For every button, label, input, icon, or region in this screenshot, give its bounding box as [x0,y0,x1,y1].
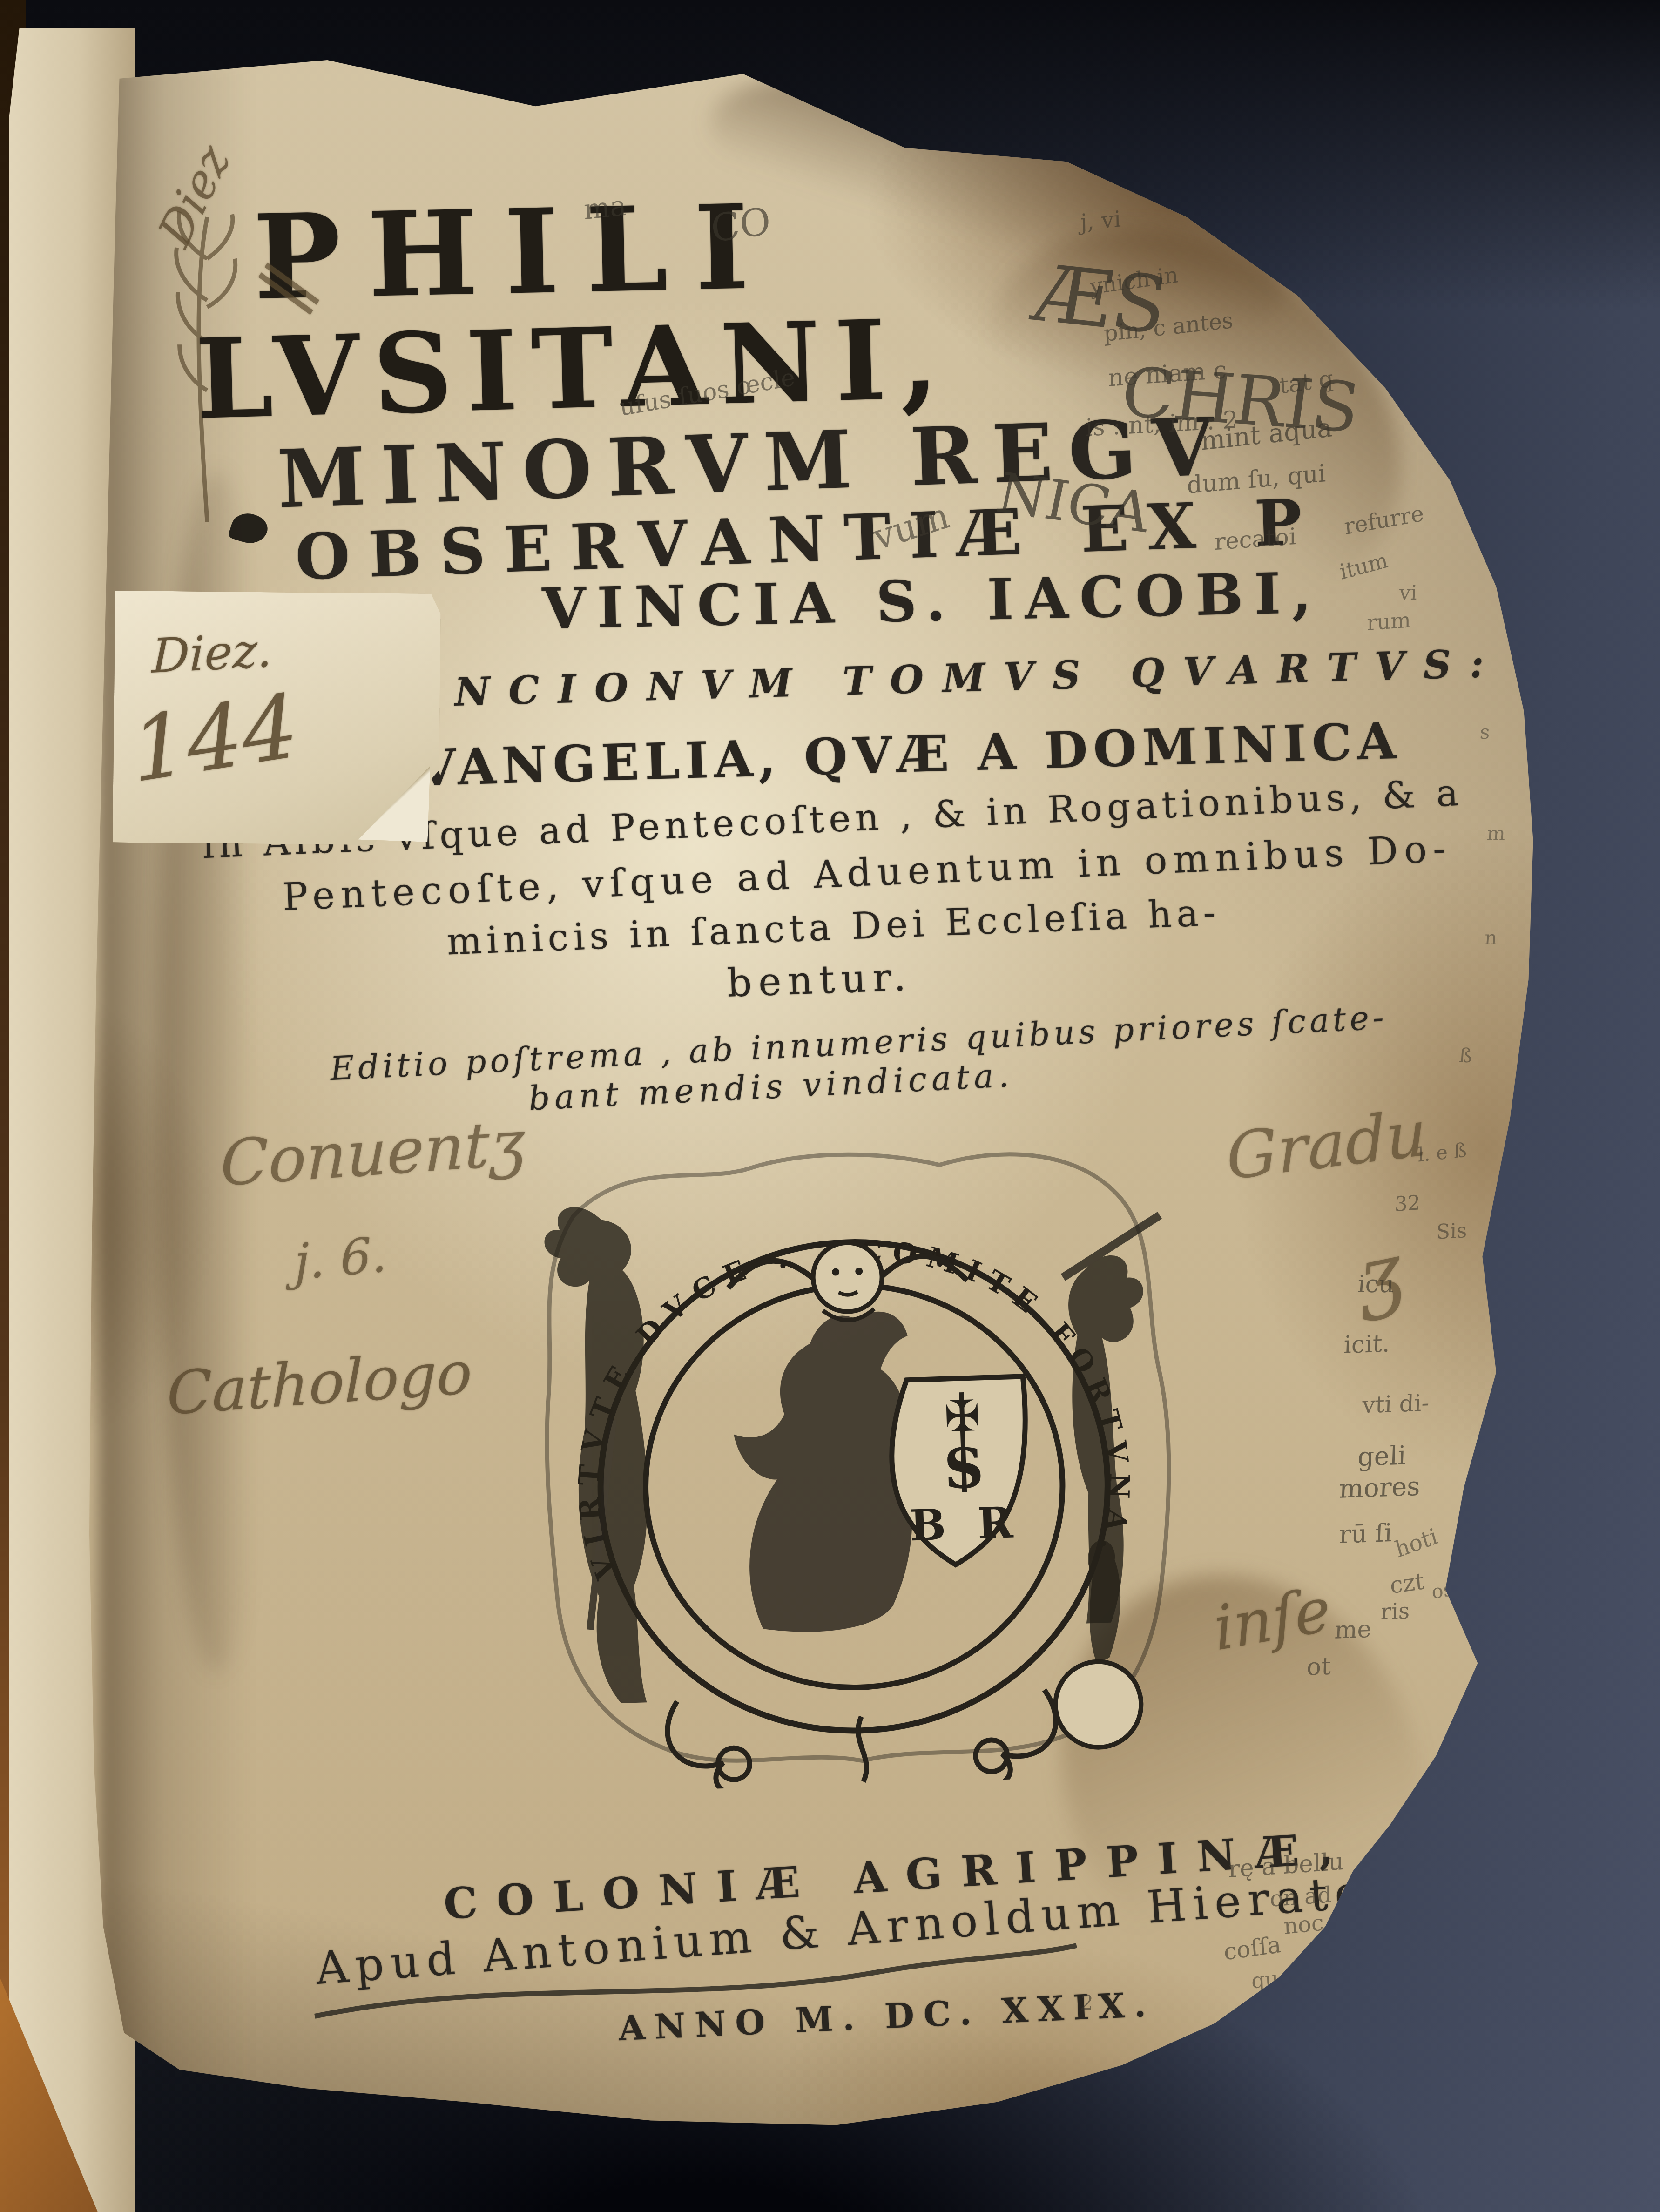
imprint-publisher-superscript: us [1456,1868,1481,1891]
title-page: PHILI LVSITANI, MINORVM REGV OBSERVANTIÆ… [4,9,1651,2205]
page-fragment: recatoi [1215,523,1296,555]
page-fragment: me [1334,1615,1372,1644]
monogram-s: S [943,1436,985,1502]
photo-of-title-page: PHILI LVSITANI, MINORVM REGV OBSERVANTIÆ… [0,0,1660,2212]
page-fragment: m [1486,823,1506,845]
device-cartouche: VIRTVTE DVCE . COMITE FORTVNA. ✠ S B R [538,1145,1179,1794]
page-fragment: geli [1357,1441,1406,1472]
page-fragment: Sis [1436,1219,1467,1244]
series-line: CONCIONVM TOMVS QVARTVS: [352,640,1503,718]
page-fragment: mores [1339,1471,1421,1504]
monogram-cross: ✠ [944,1391,981,1442]
page-fragment: ß [1458,1044,1473,1067]
monogram-br: B R [909,1497,1022,1551]
page-fragment: 32 [1395,1191,1420,1217]
page-fragment: ma [583,189,627,226]
page-fragment: l. e ß [1417,1139,1467,1167]
handwritten-note: Diez. [151,623,273,684]
page-fragment: j, vi [1080,206,1121,236]
page-fragment: vi [1398,581,1418,605]
page-fragment: icu [1356,1270,1395,1298]
printers-device-woodcut: VIRTVTE DVCE . COMITE FORTVNA. ✠ S B R [506,1113,1201,1794]
page-fragment: 2 [1080,1991,1094,2015]
handwritten-note: Gradu [1225,1096,1429,1195]
handwritten-note: j. 6. [294,1226,387,1291]
page-fragment: on ad [1270,1882,1332,1912]
page-fragment: CO [709,199,772,251]
page-fragment: vti di- [1362,1389,1430,1419]
subtitle-text-line-4: bentur. [726,954,913,1005]
page-fragment: ot [1306,1652,1331,1681]
page-fragment: icit. [1343,1330,1390,1359]
page-fragment: rū ſi [1339,1518,1393,1549]
page-fragment: ris [1380,1598,1410,1625]
page-fragment: hoti [1392,1523,1440,1563]
page-fragment: n [1484,926,1498,949]
page-fragment: czt [1389,1567,1425,1599]
page-fragment: s [1479,721,1491,743]
page-fragment: rum [1367,607,1410,635]
